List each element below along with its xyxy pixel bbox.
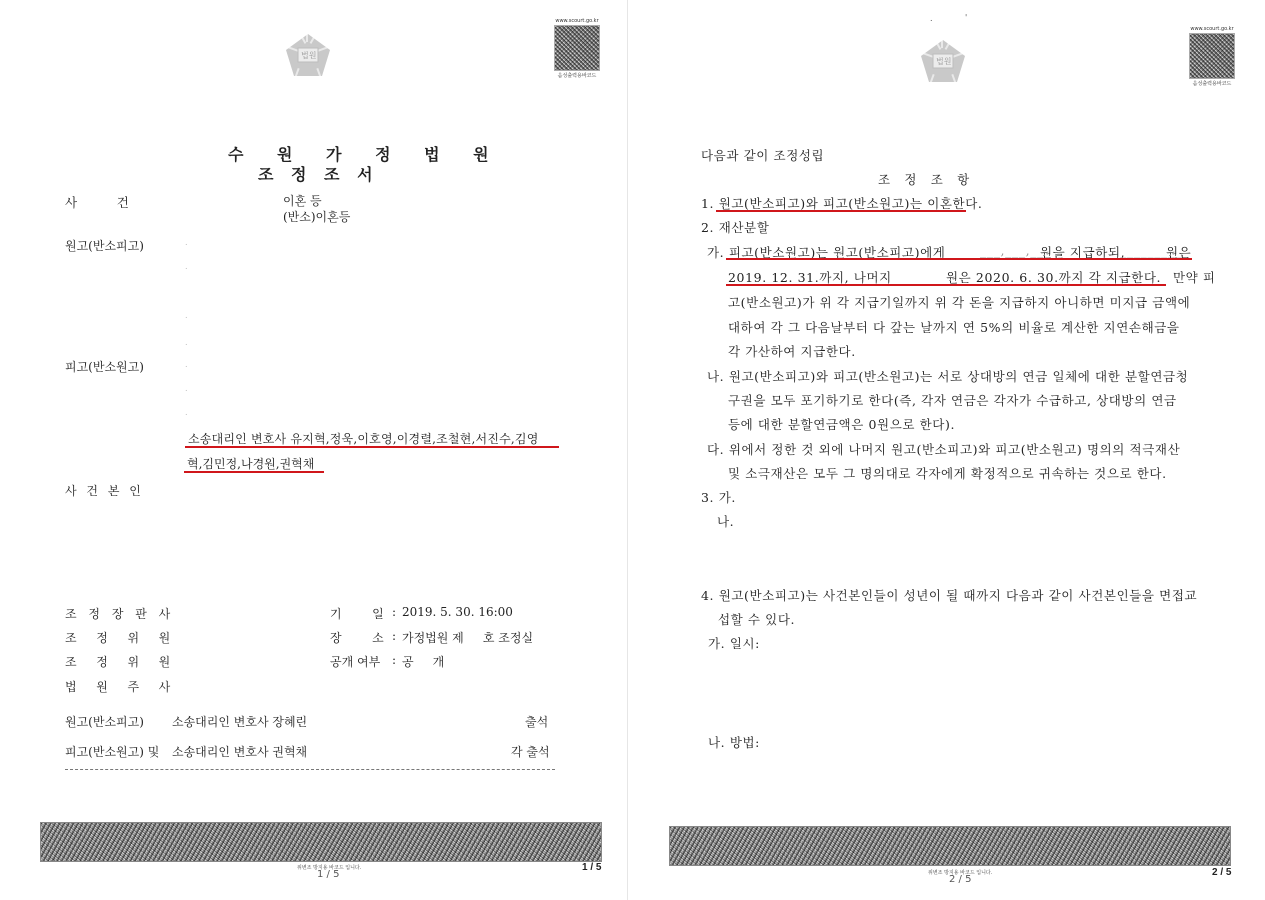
attendance-counsel: 소송대리인 변호사 장혜린 [172,713,307,730]
section-title: 조 정 조 항 [878,170,970,188]
anti-forgery-barcode [669,826,1231,866]
clause-4b: 나. 방법: [708,733,760,751]
attendance-party: 원고(반소피고) [65,713,144,730]
qr-code-block: www.scourt.go.kr 음성출력용바코드 [1188,26,1236,87]
clause-2a-line2-c: 만약 피 [1173,268,1216,286]
clause-4-line1: 4. 원고(반소피고)는 사건본인들이 성년이 될 때까지 다음과 같이 사건본… [701,586,1197,604]
highlight-underline [184,471,324,473]
clause-3b: 나. [717,512,734,530]
clause-2: 2. 재산분할 [701,218,769,236]
court-emblem-icon: 법원 [282,30,334,82]
attendance-party: 피고(반소원고) 및 [65,743,159,760]
document-title: 조 정 조 서 [258,162,379,185]
official-label: 법 원 주 사 [65,678,174,695]
plaintiff-label: 원고(반소피고) [65,237,144,254]
highlight-underline [726,258,1192,260]
clause-4-line2: 섭할 수 있다. [718,610,795,628]
clause-2a-line3: 고(반소원고)가 위 각 지급기일까지 위 각 돈을 지급하지 아니하면 미지급… [728,293,1190,311]
qr-label: 음성출력용바코드 [553,72,601,79]
clause-2c-line2: 및 소극재산은 모두 그 명의대로 각자에게 확정적으로 귀속하는 것으로 한다… [728,464,1167,482]
hearing-public-label: 공개 여부 [330,653,380,670]
court-emblem-icon: 법원 [917,36,969,88]
anti-forgery-barcode [40,822,602,862]
intro-text: 다음과 같이 조정성립 [701,146,824,164]
page-number-center: 1 / 5 [317,869,339,880]
document-page-2: . ' 법원 www.scourt.go.kr 음성출력용바코드 다음과 같이 … [628,0,1265,900]
principal-label: 사 건 본 인 [65,482,144,499]
hearing-date-value: 2019. 5. 30. 16:00 [402,605,513,619]
clause-2b-line3: 등에 대한 분할연금액은 0원으로 한다). [728,415,955,433]
official-label: 조 정 장 판 사 [65,605,174,622]
clause-2b-line2: 구권을 모두 포기하기로 한다(즉, 각자 연금은 각자가 수급하고, 상대방의… [728,391,1177,409]
clause-2a-line4: 대하여 각 그 다음날부터 다 갚는 날까지 연 5%의 비율로 계산한 지연손… [728,318,1180,336]
attendance-status: 각 출석 [511,743,550,760]
hearing-public-value: 공 개 [402,653,444,670]
clause-2c-line1: 다. 위에서 정한 것 외에 나머지 원고(반소피고)와 피고(반소원고) 명의… [707,440,1180,458]
qr-url: www.scourt.go.kr [1188,26,1236,32]
defendant-counsel-line-1: 소송대리인 변호사 유지혁,정욱,이호영,이경렬,조철현,서진수,김영 [188,430,539,447]
highlight-underline [726,284,1166,286]
case-value-1: 이혼 등 [283,192,322,209]
qr-label: 음성출력용바코드 [1188,80,1236,87]
clause-4a: 가. 일시: [708,634,760,652]
emblem-text: 법원 [936,56,951,67]
page-number-right: 1 / 5 [582,862,601,873]
clause-2b-line1: 나. 원고(반소피고)와 피고(반소원고)는 서로 상대방의 연금 일체에 대한… [707,367,1188,385]
hearing-date-label: 기 일 [330,605,384,622]
defendant-counsel-line-2: 혁,김민정,나경원,권혁채 [187,455,314,472]
highlight-underline [185,446,559,448]
attendance-counsel: 소송대리인 변호사 권혁채 [172,743,307,760]
defendant-label: 피고(반소원고) [65,358,144,375]
qr-url: www.scourt.go.kr [553,18,601,24]
hearing-place-value: 가정법원 제 호 조정실 [402,629,533,646]
qr-code-block: www.scourt.go.kr 음성출력용바코드 [553,18,601,79]
hearing-place-label: 장 소 [330,629,384,646]
qr-code-icon [1189,33,1235,79]
dashed-separator [65,769,555,770]
highlight-underline [716,210,966,212]
document-page-1: 법원 www.scourt.go.kr 음성출력용바코드 수 원 가 정 법 원… [0,0,627,900]
case-value-2: (반소)이혼등 [283,208,350,225]
page-number-right: 2 / 5 [1212,867,1231,878]
official-label: 조 정 위 원 [65,653,174,670]
page-number-center: 2 / 5 [949,874,971,885]
emblem-text: 법원 [301,50,316,61]
official-label: 조 정 위 원 [65,629,174,646]
attendance-status: 출석 [525,713,548,730]
qr-code-icon [554,25,600,71]
clause-2a-line5: 각 가산하여 지급한다. [728,342,856,360]
clause-3a: 3. 가. [701,488,736,506]
case-label: 사 건 [65,193,129,211]
